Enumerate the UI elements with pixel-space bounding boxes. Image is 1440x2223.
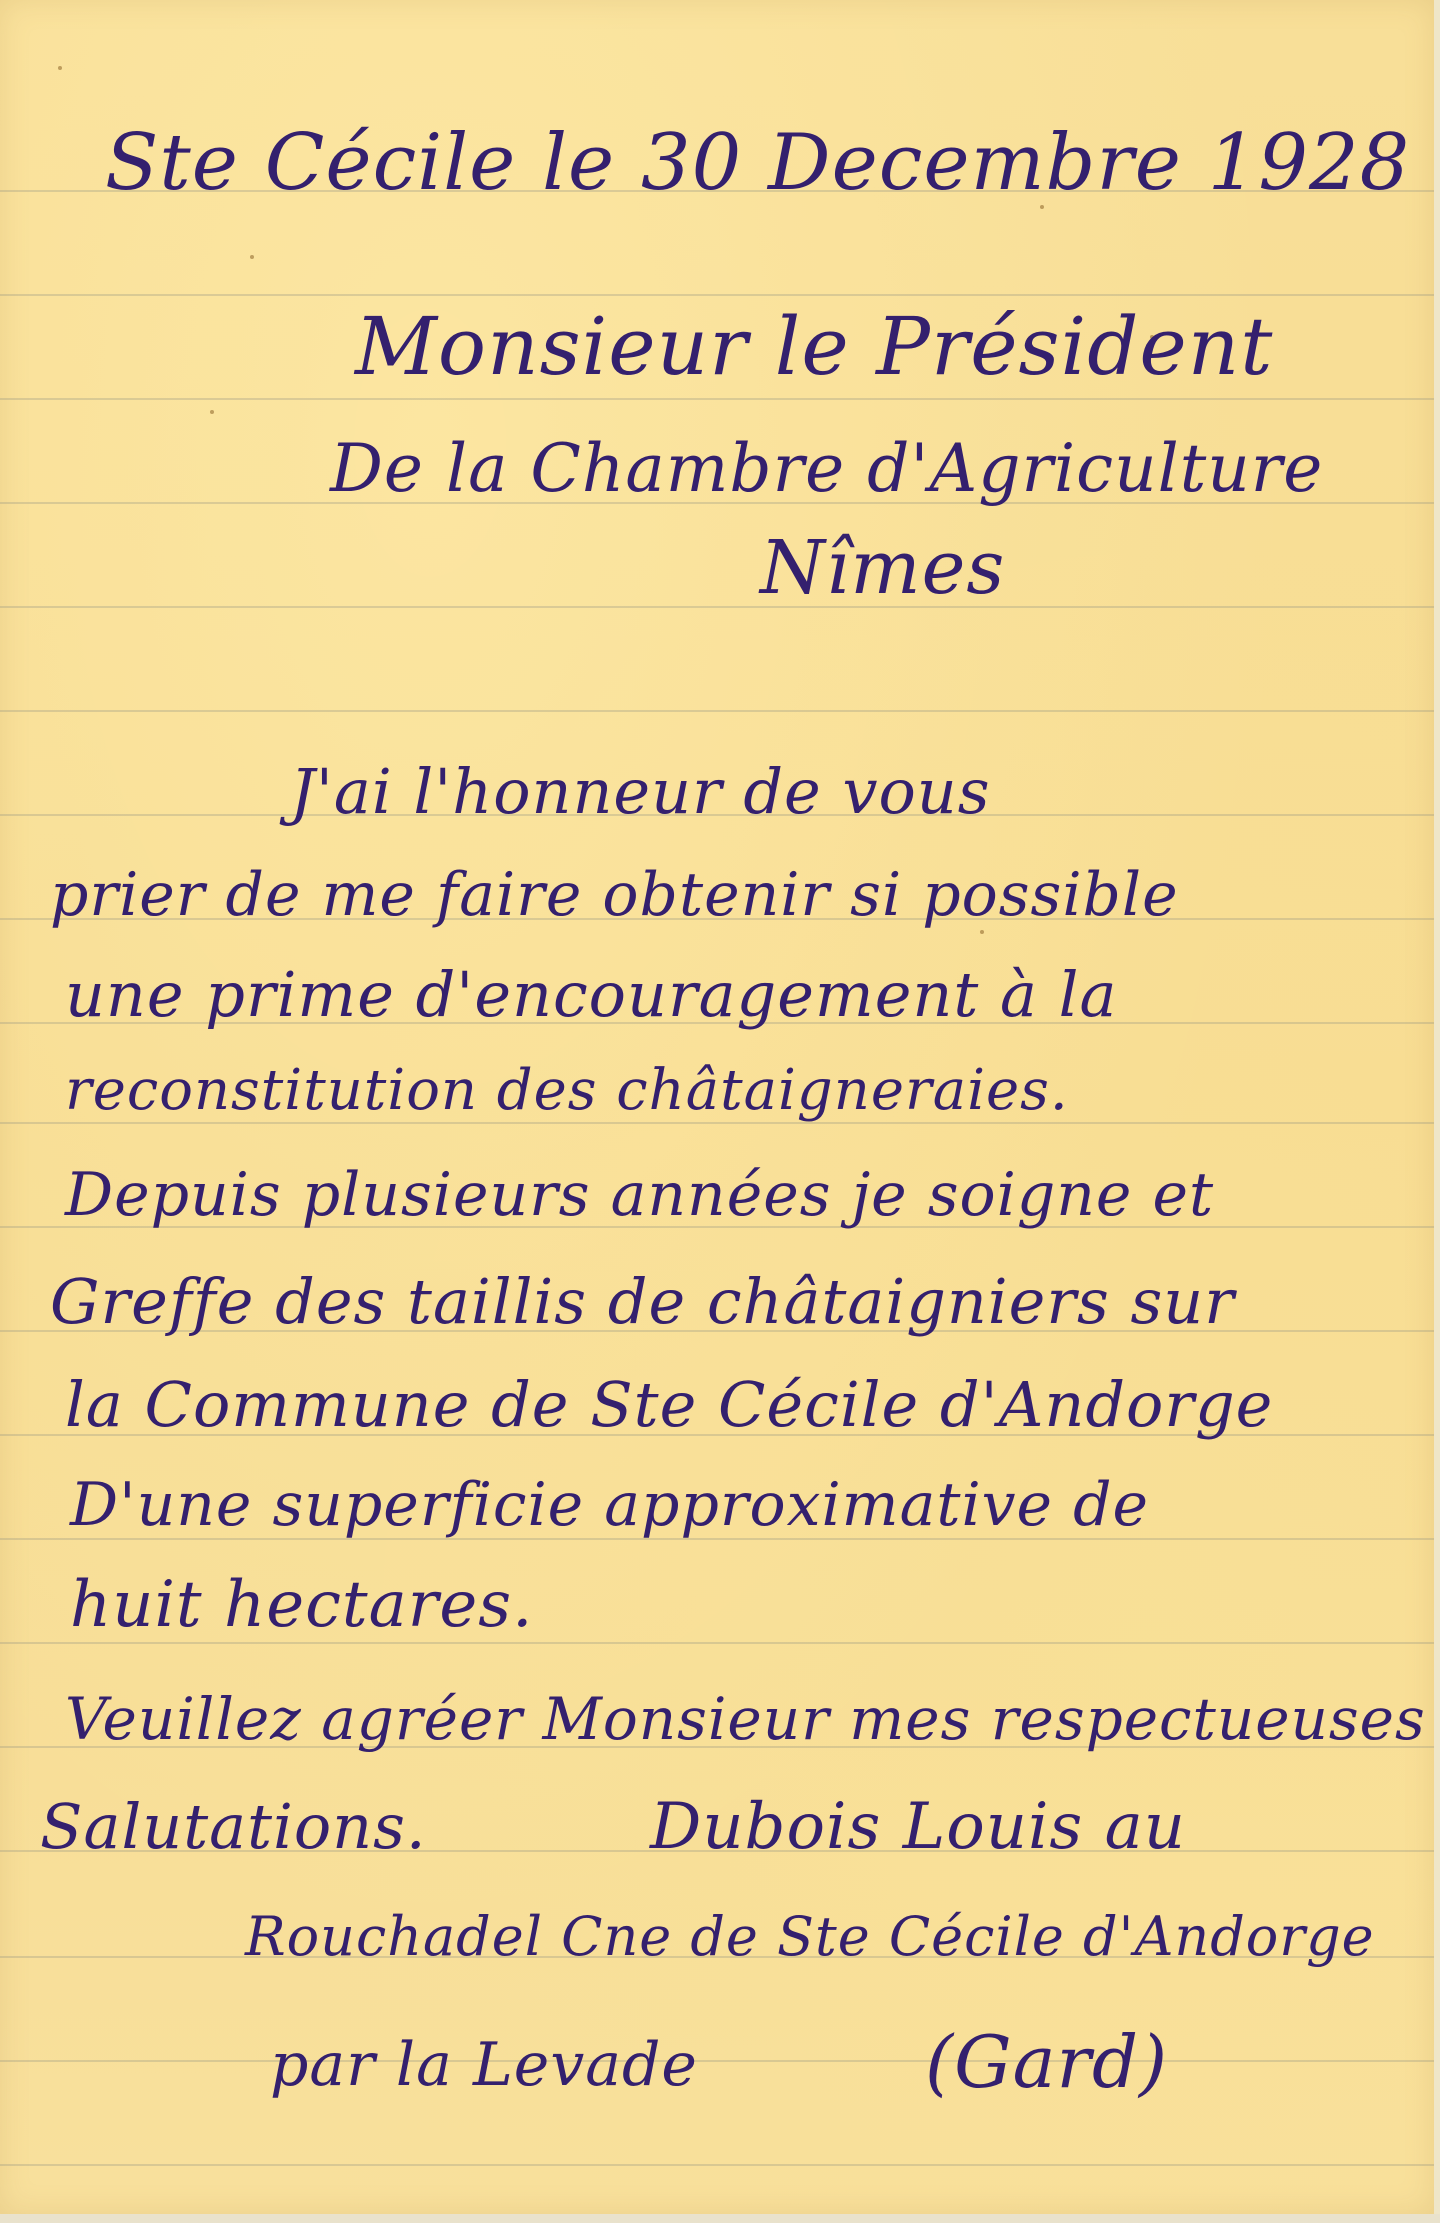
body-line: reconstitution des châtaigneraies. <box>65 1058 1069 1123</box>
paper-stain <box>250 255 254 259</box>
body-line: huit hectares. <box>70 1568 533 1642</box>
place-date: Ste Cécile le 30 Decembre 1928 <box>105 118 1410 208</box>
ruled-line <box>0 2164 1434 2166</box>
body-line: une prime d'encouragement à la <box>65 958 1117 1031</box>
body-line: Greffe des taillis de châtaigniers sur <box>50 1265 1235 1338</box>
paper-stain <box>58 66 62 70</box>
ruled-line <box>0 710 1434 712</box>
paper-stain <box>980 930 984 934</box>
signature: Dubois Louis au <box>650 1790 1186 1864</box>
address-line: par la Levade <box>270 2030 698 2100</box>
address-line: Rouchadel Cne de Ste Cécile d'Andorge <box>245 1905 1375 1968</box>
ruled-line <box>0 1642 1434 1644</box>
ruled-line <box>0 398 1434 400</box>
letter-paper: Ste Cécile le 30 Decembre 1928 Monsieur … <box>0 0 1434 2214</box>
body-line: prier de me faire obtenir si possible <box>50 860 1179 930</box>
body-line: J'ai l'honneur de vous <box>290 755 991 828</box>
ruled-line <box>0 294 1434 296</box>
closing-salutation: Salutations. <box>40 1790 427 1863</box>
page-edge <box>1434 0 1440 2223</box>
recipient-title: Monsieur le Président <box>355 300 1273 393</box>
ruled-line <box>0 2060 1434 2062</box>
address-department: (Gard) <box>925 2020 1168 2104</box>
recipient-city: Nîmes <box>760 525 1005 611</box>
paper-stain <box>210 410 214 414</box>
page-edge <box>0 2214 1440 2223</box>
ruled-line <box>0 606 1434 608</box>
body-line: Depuis plusieurs années je soigne et <box>65 1160 1214 1230</box>
body-line: la Commune de Ste Cécile d'Andorge <box>65 1368 1273 1441</box>
recipient-organization: De la Chambre d'Agriculture <box>330 430 1323 507</box>
body-line: D'une superficie approximative de <box>70 1470 1149 1540</box>
closing-line: Veuillez agréer Monsieur mes respectueus… <box>65 1685 1426 1753</box>
